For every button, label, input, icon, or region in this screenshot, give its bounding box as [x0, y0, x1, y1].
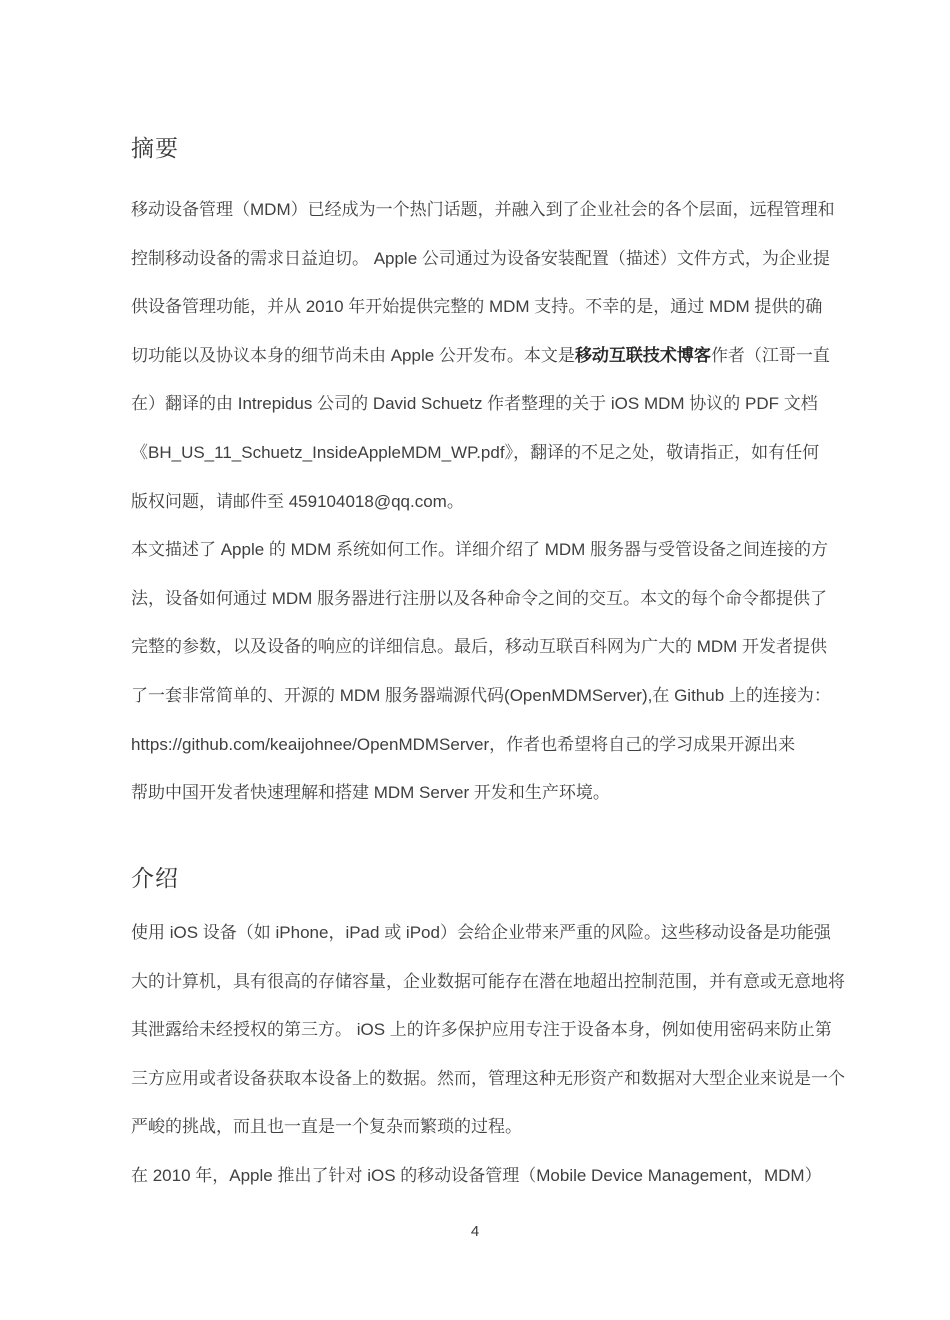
- text-line: 三方应用或者设备获取本设备上的数据。然而，管理这种无形资产和数据对大型企业来说是…: [131, 1055, 831, 1104]
- text-line: 本文描述了 Apple 的 MDM 系统如何工作。详细介绍了 MDM 服务器与受…: [131, 526, 831, 575]
- text-line: 帮助中国开发者快速理解和搭建 MDM Server 开发和生产环境。: [131, 769, 831, 818]
- introduction-body: 使用 iOS 设备（如 iPhone，iPad 或 iPod）会给企业带来严重的…: [131, 909, 831, 1201]
- text-line: 供设备管理功能，并从 2010 年开始提供完整的 MDM 支持。不幸的是，通过 …: [131, 283, 831, 332]
- blog-name-bold: 移动互联技术博客: [575, 346, 711, 365]
- text-line: 在）翻译的由 Intrepidus 公司的 David Schuetz 作者整理…: [131, 380, 831, 429]
- pdf-filename-line: 《BH_US_11_Schuetz_InsideAppleMDM_WP.pdf》…: [131, 429, 831, 478]
- text-line: 法，设备如何通过 MDM 服务器进行注册以及各种命令之间的交互。本文的每个命令都…: [131, 575, 831, 624]
- text-segment: 作者（江哥一直: [711, 346, 830, 365]
- page-number: 4: [0, 1222, 950, 1242]
- introduction-heading: 介绍: [131, 861, 831, 895]
- text-line: 了一套非常简单的、开源的 MDM 服务器端源代码(OpenMDMServer),…: [131, 672, 831, 721]
- text-segment: 切功能以及协议本身的细节尚未由 Apple 公开发布。本文是: [131, 346, 575, 365]
- abstract-body: 移动设备管理（MDM）已经成为一个热门话题，并融入到了企业社会的各个层面，远程管…: [131, 186, 831, 818]
- text-line: 切功能以及协议本身的细节尚未由 Apple 公开发布。本文是移动互联技术博客作者…: [131, 332, 831, 381]
- text-line: 其泄露给未经授权的第三方。 iOS 上的许多保护应用专注于设备本身，例如使用密码…: [131, 1006, 831, 1055]
- text-line: 完整的参数，以及设备的响应的详细信息。最后，移动互联百科网为广大的 MDM 开发…: [131, 623, 831, 672]
- text-line: 在 2010 年，Apple 推出了针对 iOS 的移动设备管理（Mobile …: [131, 1152, 831, 1201]
- abstract-heading: 摘要: [131, 131, 831, 165]
- text-line: 使用 iOS 设备（如 iPhone，iPad 或 iPod）会给企业带来严重的…: [131, 909, 831, 958]
- text-line: 移动设备管理（MDM）已经成为一个热门话题，并融入到了企业社会的各个层面，远程管…: [131, 186, 831, 235]
- document-page: 摘要 移动设备管理（MDM）已经成为一个热门话题，并融入到了企业社会的各个层面，…: [0, 0, 950, 1320]
- contact-email-line: 版权问题，请邮件至 459104018@qq.com。: [131, 478, 831, 527]
- github-url-line: https://github.com/keaijohnee/OpenMDMSer…: [131, 721, 831, 770]
- text-line: 大的计算机，具有很高的存储容量，企业数据可能存在潜在地超出控制范围，并有意或无意…: [131, 958, 831, 1007]
- text-line: 控制移动设备的需求日益迫切。 Apple 公司通过为设备安装配置（描述）文件方式…: [131, 235, 831, 284]
- text-line: 严峻的挑战，而且也一直是一个复杂而繁琐的过程。: [131, 1103, 831, 1152]
